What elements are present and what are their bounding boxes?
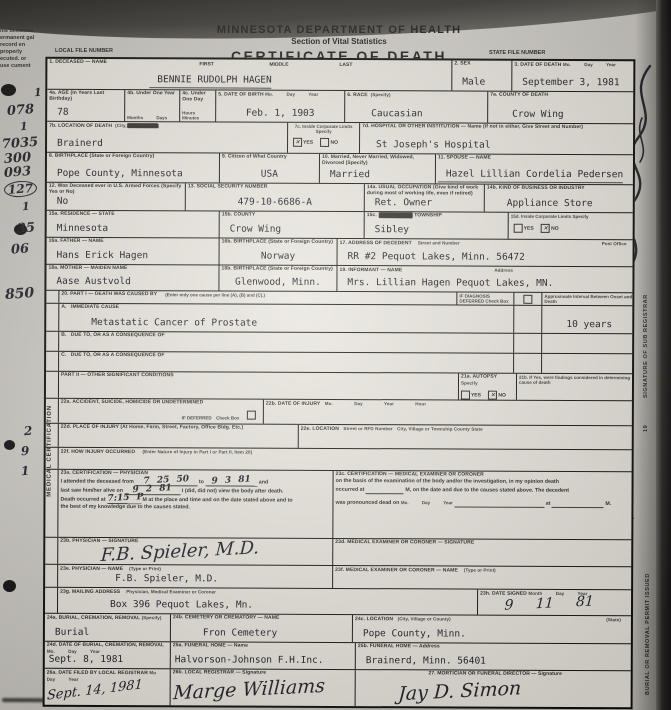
field-date-signed: 23h. DATE SIGNED Month Day Year 9 11 81: [478, 590, 635, 616]
field-label: 24c. LOCATION (City, Village or County)(…: [355, 616, 633, 624]
field-under-one-year: 4b. Under One Year Months Days: [125, 90, 180, 121]
field-mailing-address: 23g. MAILING ADDRESS Physician, Medical …: [58, 588, 478, 615]
field-label: 24b. CEMETERY OR CREMATORY — NAME: [173, 615, 350, 621]
field-label: 4c. Under One Day: [182, 91, 213, 102]
local-file-number-label: LOCAL FILE NUMBER: [55, 48, 113, 54]
year-prefix-label: 19: [643, 408, 649, 432]
margin-number: 1: [21, 464, 30, 479]
field-local-registrar: 26b. LOCAL REGISTRAR — Signature Marge W…: [171, 669, 356, 706]
field-label: 7a. COUNTY OF DEATH: [490, 93, 635, 99]
field-decedent-address: 17. ADDRESS OF DECEDENT Street and Numbe…: [338, 239, 637, 266]
field-value: Pope County, Minn.: [355, 629, 633, 642]
field-value: Brainerd: [49, 139, 285, 152]
field-label: 19. INFORMANT — NAMEAddress: [339, 267, 634, 275]
field-mother-birthplace: 18b. BIRTHPLACE (State or Foreign Countr…: [219, 265, 337, 291]
field-label: 22f. HOW INJURY OCCURRED (Enter Nature o…: [61, 449, 634, 458]
field-label: 23f. MEDICAL EXAMINER OR CORONER — NAME …: [335, 567, 633, 575]
field-label: 13. SOCIAL SECURITY NUMBER: [188, 184, 362, 190]
field-label: 7b. LOCATION OF DEATH (City,XXXXXXXXXX): [49, 123, 285, 131]
field-value: Appliance Store: [487, 199, 635, 212]
ink-blob: [3, 580, 16, 592]
field-label: 14a. USUAL OCCUPATION (Give kind of work…: [367, 185, 482, 197]
margin-number: 093: [4, 164, 32, 181]
certificate-form: MEDICAL CERTIFICATION 1. DECEASED — NAME…: [43, 57, 636, 710]
margin-number: 06: [10, 241, 29, 257]
field-funeral-home: 25a. FUNERAL HOME — Name Halvorson-Johns…: [171, 642, 356, 669]
margin-number: 35: [16, 220, 35, 236]
field-label: 16b. BIRTHPLACE (State or Foreign Countr…: [222, 239, 335, 245]
field-value: F.B. Spieler, M.D.: [60, 574, 330, 587]
field-residence-state: 15a. RESIDENCE — STATE Minnesota: [47, 211, 220, 238]
field-burial-type: 24a. BURIAL, CREMATION, REMOVAL (Specify…: [45, 614, 171, 642]
field-interval-value: 10 years: [542, 306, 636, 333]
field-value: Ret. Owner: [367, 198, 482, 211]
field-residence-county: 15b. COUNTY Crow Wing: [220, 211, 365, 238]
field-part1: 20. PART I — DEATH WAS CAUSED BY (Enter …: [59, 291, 457, 305]
field-label: C. DUE TO, OR AS A CONSEQUENCE OF: [61, 353, 511, 361]
field-how-injury: 22f. HOW INJURY OCCURRED (Enter Nature o…: [59, 448, 636, 472]
field-label: 22e. LOCATION Street or RFD Number City,…: [301, 426, 634, 434]
field-value: Sibley: [367, 225, 506, 238]
field-industry: 14b. KIND OF BUSINESS OR INDUSTRY Applia…: [485, 185, 637, 213]
field-label: 15a. RESIDENCE — STATE: [49, 212, 217, 218]
sub-registrar-label: SIGNATURE OF SUB REGISTRAR: [643, 248, 649, 398]
time-of-death-blank: 7:15 P: [107, 495, 141, 504]
field-deferred-checkbox: [514, 293, 542, 305]
no-checkbox: [320, 138, 329, 147]
field-father-birthplace: 16b. BIRTHPLACE (State or Foreign Countr…: [220, 238, 338, 265]
field-injury-location: 22e. LOCATION Street or RFD Number City,…: [299, 425, 636, 449]
field-due-to-b: B. DUE TO, OR AS A CONSEQUENCE OF: [59, 332, 514, 353]
field-label: 25b. FUNERAL HOME — Address: [358, 644, 633, 651]
field-armed-forces: 12. Was Deceased ever in U.S. Armed Forc…: [47, 183, 186, 211]
field-accident: 22a. ACCIDENT, SUICIDE, HOMICIDE OR UNDE…: [59, 399, 264, 424]
medical-certification-side-label: MEDICAL CERTIFICATION: [46, 381, 58, 521]
margin-number-circled: 127: [3, 180, 37, 198]
deferred-column: [514, 334, 542, 353]
field-certification-physician: 23a. CERTIFICATION — PHYSICIAN I attende…: [58, 470, 333, 538]
field-spouse-name: 11. SPOUSE — NAME Hazel Lillian Cordelia…: [436, 154, 637, 184]
field-value: Pope County, Minnesota: [49, 169, 217, 182]
field-label: 8. BIRTHPLACE (State or Foreign Country): [49, 154, 217, 160]
interval-column: [542, 334, 636, 353]
field-certification-coroner: 23c. CERTIFICATION — MEDICAL EXAMINER OR…: [333, 471, 635, 539]
field-label: 14b. KIND OF BUSINESS OR INDUSTRY: [487, 186, 635, 192]
field-value: Crow Wing: [490, 110, 635, 123]
col-last-label: LAST: [339, 62, 352, 68]
agency-name: MINNESOTA DEPARTMENT OF HEALTH: [44, 24, 634, 36]
pronounced-date-blank: [454, 498, 544, 507]
field-inside-limits-7c: 7c. Inside Corporate Limits Specify ✕YES…: [288, 123, 360, 153]
deferred-column: [514, 306, 542, 333]
field-value: Mrs. Lillian Hagen Pequot Lakes, MN.: [339, 278, 634, 291]
margin-number: 1: [34, 86, 43, 100]
field-occupation: 14a. USUAL OCCUPATION (Give kind of work…: [365, 184, 485, 212]
field-value: RR #2 Pequot Lakes, Minn. 56472: [340, 252, 635, 265]
field-value: 479-10-6686-A: [188, 197, 362, 210]
field-value: [335, 585, 633, 588]
field-value: [301, 445, 634, 448]
field-under-one-day: 4c. Under One Day Hours Minutes: [180, 90, 216, 121]
field-informant: 19. INFORMANT — NAMEAddress Mrs. Lillian…: [337, 266, 636, 292]
field-funeral-home-address: 25b. FUNERAL HOME — Address Brainerd, Mi…: [356, 643, 635, 670]
field-label: 7c. Inside Corporate Limits Specify: [290, 124, 357, 134]
field-label: 18b. BIRTHPLACE (State or Foreign Countr…: [221, 266, 334, 272]
field-value: BENNIE RUDOLPH HAGEN: [149, 75, 271, 89]
field-value: Box 396 Pequot Lakes, Mn.: [60, 600, 475, 614]
field-label: 5. DATE OF BIRTH Mo. Day Year: [218, 91, 342, 98]
medical-strip: [45, 538, 58, 564]
margin-number: 078: [7, 102, 35, 119]
field-residence-township: 15c. XXXXXXXXXX TOWNSHIP Sibley: [365, 212, 509, 239]
deferred-column: [514, 354, 542, 373]
field-value: Sept. 8, 1981: [47, 655, 168, 668]
field-label: PART II — OTHER SIGNIFICANT CONDITIONS: [61, 373, 456, 380]
field-injury-date: 22b. DATE OF INJURY Mo. Day Year Hour: [264, 400, 636, 426]
field-label: 23d. MEDICAL EXAMINER OR CORONER — SIGNA…: [335, 540, 633, 547]
field-value: Hans Erick Hagen: [49, 251, 217, 264]
field-value: Fron Cemetery: [173, 628, 350, 641]
field-value: [61, 395, 456, 399]
field-injury-place: 22d. PLACE OF INJURY (At Home, Farm, Str…: [59, 424, 299, 448]
section-name: Section of Vital Statistics: [44, 37, 634, 46]
field-age: 4a. AGE (In Years Last Birthday) 78: [47, 90, 125, 121]
coroner-time-blank: [366, 485, 404, 494]
local-registrar-signature: Marge Williams: [173, 674, 354, 705]
field-autopsy: 21a. AUTOPSY Specify YES ✕NO: [459, 374, 517, 400]
date-to-blank: 9 3 81: [205, 477, 257, 486]
field-date-of-death: 3. DATE OF DEATH Mo. Day Year September …: [512, 61, 637, 92]
field-sublabel: Months Days: [127, 115, 177, 120]
field-sublabel: Hours Minutes: [182, 110, 213, 120]
field-value: September 3, 1981: [514, 78, 635, 91]
redacted-word: XXXXXXXXXX: [378, 212, 412, 218]
coroner-signature: [335, 550, 633, 564]
field-value: Norway: [222, 251, 335, 263]
field-label: 15b. COUNTY: [222, 212, 362, 218]
field-label: 6. RACE (Specify): [347, 92, 485, 99]
no-checkbox: ✕: [488, 391, 497, 400]
field-value: St Joseph's Hospital: [362, 140, 635, 153]
field-label: 10. Married, Never Married, Widowed, Div…: [322, 155, 433, 167]
field-label: 12. Was Deceased ever in U.S. Armed Forc…: [49, 184, 183, 196]
field-label: 23g. MAILING ADDRESS Physician, Medical …: [60, 589, 475, 597]
field-label: 18a. MOTHER — MAIDEN NAME: [48, 266, 216, 272]
field-citizen: 9. Citizen of What Country USA: [220, 153, 320, 182]
field-value: No: [49, 197, 183, 210]
margin-number: 850: [4, 285, 34, 303]
field-autopsy-findings: 21b. If Yes, were findings considered in…: [517, 374, 636, 401]
field-value: Married: [322, 170, 433, 182]
field-date-of-birth: 5. DATE OF BIRTH Mo. Day Year Feb. 1, 19…: [216, 90, 345, 122]
ink-blob: [4, 440, 15, 450]
field-value: Metastatic Cancer of Prostate: [61, 318, 511, 332]
yes-checkbox: ✕: [293, 138, 302, 147]
field-immediate-cause: A. IMMEDIATE CAUSE Metastatic Cancer of …: [59, 304, 514, 333]
field-value: USA: [222, 169, 317, 181]
field-note: (Enter only one cause per line (A), (B) …: [165, 292, 265, 302]
field-coroner-signature: 23d. MEDICAL EXAMINER OR CORONER — SIGNA…: [333, 539, 635, 566]
field-value: Aase Austvold: [48, 277, 216, 290]
field-value: 78: [49, 108, 122, 120]
yes-checkbox: [461, 391, 470, 400]
field-value: Caucasian: [347, 109, 485, 122]
field-label: 24a. BURIAL, CREMATION, REMOVAL (Specify…: [47, 615, 168, 622]
col-middle-label: MIDDLE: [269, 62, 288, 68]
medical-strip: [46, 304, 59, 331]
field-label: 2. SEX: [454, 62, 509, 68]
field-ssn: 13. SOCIAL SECURITY NUMBER 479-10-6686-A: [186, 183, 365, 211]
field-label: 9. Citizen of What Country: [222, 154, 317, 160]
margin-number: 2: [24, 424, 33, 439]
checkbox-group: YES ✕NO: [511, 220, 635, 239]
field-mortician: 27. MORTICIAN OR FUNERAL DIRECTOR — Sign…: [356, 670, 635, 707]
field-value: Hazel Lillian Cordelia Pedersen: [438, 169, 623, 183]
field-value: 10 years: [544, 320, 634, 332]
margin-number: 7035: [2, 135, 39, 152]
col-first-label: FIRST: [199, 61, 213, 67]
field-race: 6. RACE (Specify) Caucasian: [345, 91, 488, 123]
field-label: 17. ADDRESS OF DECEDENT Street and Numbe…: [340, 240, 635, 248]
field-value: [266, 421, 634, 425]
field-label: 21a. AUTOPSY Specify: [461, 375, 514, 387]
field-value: Male: [454, 78, 509, 90]
yes-checkbox: [514, 224, 523, 233]
field-label: 22d. PLACE OF INJURY (At Home, Farm, Str…: [61, 425, 296, 432]
ink-blob: [1, 84, 16, 96]
medical-strip: [45, 588, 58, 613]
field-mother-name: 18a. MOTHER — MAIDEN NAME Aase Austvold: [46, 265, 219, 291]
field-label: 15c. XXXXXXXXXX TOWNSHIP: [367, 213, 506, 219]
deferred-checkbox: [523, 294, 532, 303]
margin-number: 9: [21, 444, 30, 459]
field-label: 21b. If Yes, were findings considered in…: [519, 375, 634, 386]
field-label: 11. SPOUSE — NAME: [438, 155, 635, 161]
field-label: 16a. FATHER — NAME: [49, 239, 217, 245]
field-due-to-c: C. DUE TO, OR AS A CONSEQUENCE OF: [59, 352, 514, 373]
field-value: Brainerd, Minn. 56401: [358, 656, 633, 669]
field-label: A. IMMEDIATE CAUSE: [61, 305, 511, 313]
field-marital-status: 10. Married, Never Married, Widowed, Div…: [320, 154, 436, 184]
field-label: 4b. Under One Year: [127, 91, 177, 97]
field-value: [61, 444, 296, 447]
field-value: Feb. 1, 1903: [218, 108, 342, 121]
field-father-name: 16a. FATHER — NAME Hans Erick Hagen: [47, 238, 220, 265]
field-label: 1. DECEASED — NAME: [49, 60, 449, 67]
field-burial-date: 24d. DATE OF BURIAL, CREMATION, REMOVAL …: [45, 642, 171, 669]
field-location-of-death: 7b. LOCATION OF DEATH (City,XXXXXXXXXX) …: [47, 122, 288, 153]
field-cemetery-location: 24c. LOCATION (City, Village or County)(…: [353, 615, 635, 643]
field-label: 20. PART I — DEATH WAS CAUSED BY: [61, 292, 157, 302]
field-birthplace: 8. BIRTHPLACE (State or Foreign Country)…: [47, 153, 220, 183]
checkbox-group: ✕YES NO: [290, 134, 357, 152]
checkbox-group: YES ✕NO: [461, 387, 514, 400]
no-checkbox: ✕: [541, 224, 550, 233]
field-value: Burial: [47, 628, 168, 641]
burial-permit-label: BURIAL OR REMOVAL PERMIT ISSUED: [645, 550, 651, 695]
field-date-filed: 26a. DATE FILED BY LOCAL REGISTRAR Mo Da…: [45, 669, 171, 706]
field-value: Minnesota: [49, 224, 217, 237]
field-cemetery: 24b. CEMETERY OR CREMATORY — NAME Fron C…: [171, 614, 353, 642]
interval-column: [542, 354, 636, 373]
field-deceased-name: 1. DECEASED — NAME FIRST MIDDLE LAST BEN…: [47, 59, 452, 91]
medical-strip: [46, 332, 59, 351]
field-label: 3. DATE OF DEATH Mo. Day Year: [514, 62, 635, 69]
field-label: 7d. HOSPITAL OR OTHER INSTITUTION — Name…: [362, 124, 635, 131]
scanned-death-certificate: nis becomes ermanent gal record en prope…: [0, 0, 671, 710]
field-label: 15d. Inside Corporate Limits Specify: [511, 214, 635, 220]
field-value: Halvorson-Johnson F.H.Inc.: [173, 655, 353, 668]
field-part2: PART II — OTHER SIGNIFICANT CONDITIONS: [59, 372, 459, 400]
field-label: B. DUE TO, OR AS A CONSEQUENCE OF: [61, 333, 511, 341]
field-label: 22b. DATE OF INJURY Mo. Day Year Hour: [266, 401, 634, 409]
field-physician-signature: 23b. PHYSICIAN — SIGNATURE F.B. Spieler,…: [58, 538, 333, 565]
pronounced-time-blank: [552, 499, 604, 508]
medical-strip: [46, 291, 59, 303]
field-coroner-name: 23f. MEDICAL EXAMINER OR CORONER — NAME …: [333, 566, 635, 589]
field-county-of-death: 7a. COUNTY OF DEATH Crow Wing: [488, 92, 637, 124]
deferred-checkbox: [247, 410, 256, 419]
field-interval-label: Approximate Interval Between Onset and D…: [542, 293, 636, 305]
field-label: 25a. FUNERAL HOME — Name: [173, 643, 353, 649]
medical-strip: [45, 565, 58, 587]
field-deferred-label: IF DIAGNOSIS DEFERRED Check Box: [457, 293, 514, 305]
field-sex: 2. SEX Male: [452, 60, 512, 90]
field-inside-limits-15d: 15d. Inside Corporate Limits Specify YES…: [509, 213, 637, 240]
field-physician-name: 23e. PHYSICIAN — NAME (Type or Print) F.…: [58, 565, 333, 588]
state-file-number-label: STATE FILE NUMBER: [489, 50, 545, 56]
medical-strip: [46, 352, 59, 371]
margin-note: nis becomes ermanent gal record en prope…: [0, 28, 36, 70]
field-hospital: 7d. HOSPITAL OR OTHER INSTITUTION — Name…: [360, 123, 637, 154]
redacted-word: XXXXXXXXXX: [127, 123, 158, 128]
margin-number: 1: [22, 200, 31, 214]
field-value: Crow Wing: [222, 224, 362, 237]
margin-number: 1: [20, 120, 29, 134]
field-label: 4a. AGE (In Years Last Birthday): [49, 91, 122, 103]
field-value: Glenwood, Minn.: [221, 277, 334, 289]
